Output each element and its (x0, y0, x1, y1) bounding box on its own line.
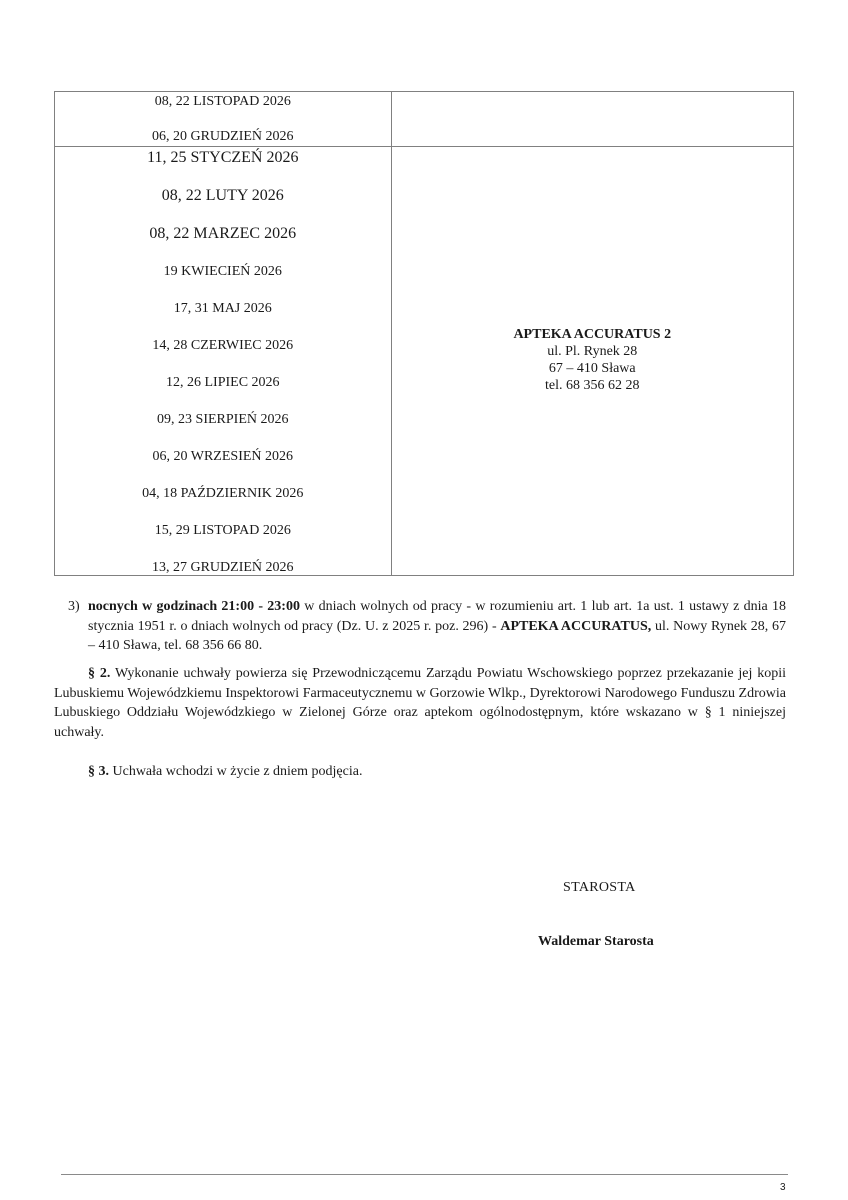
list-item-text: nocnych w godzinach 21:00 - 23:00 w dnia… (88, 597, 786, 656)
section-label: § 3. (88, 764, 109, 779)
pharmacy-street: ul. Pl. Rynek 28 (392, 343, 793, 360)
table-row: 11, 25 STYCZEŃ 2026 08, 22 LUTY 2026 08,… (55, 147, 794, 576)
section-text: Uchwała wchodzi w życie z dniem podjęcia… (109, 764, 362, 779)
bold-lead: nocnych w godzinach 21:00 - 23:00 (88, 599, 300, 614)
list-item-night-hours: 3) nocnych w godzinach 21:00 - 23:00 w d… (72, 597, 786, 656)
page-number: 3 (780, 1182, 786, 1193)
pharmacy-phone: tel. 68 356 62 28 (392, 377, 793, 394)
bold-pharmacy: APTEKA ACCURATUS, (500, 619, 651, 634)
pharmacy-city: 67 – 410 Sława (392, 360, 793, 377)
date-line: 08, 22 LISTOPAD 2026 (55, 94, 391, 110)
date-line: 11, 25 STYCZEŃ 2026 (55, 149, 391, 167)
date-line: 08, 22 LUTY 2026 (55, 187, 391, 205)
date-line: 17, 31 MAJ 2026 (55, 301, 391, 317)
signature-name: Waldemar Starosta (538, 934, 654, 950)
section-2-paragraph: § 2. Wykonanie uchwały powierza się Prze… (54, 664, 786, 742)
section-3-paragraph: § 3. Uchwała wchodzi w życie z dniem pod… (54, 762, 786, 782)
schedule-table: 08, 22 LISTOPAD 2026 06, 20 GRUDZIEŃ 202… (54, 91, 794, 576)
date-line: 08, 22 MARZEC 2026 (55, 225, 391, 243)
date-line: 06, 20 WRZESIEŃ 2026 (55, 449, 391, 465)
list-number: 3) (68, 597, 80, 617)
signature-title: STAROSTA (563, 880, 636, 896)
date-line: 19 KWIECIEŃ 2026 (55, 264, 391, 280)
section-label: § 2. (88, 666, 110, 681)
dates-cell: 11, 25 STYCZEŃ 2026 08, 22 LUTY 2026 08,… (55, 147, 392, 576)
pharmacy-info: APTEKA ACCURATUS 2 ul. Pl. Rynek 28 67 –… (392, 326, 793, 394)
table-row: 08, 22 LISTOPAD 2026 06, 20 GRUDZIEŃ 202… (55, 92, 794, 147)
pharmacy-cell: APTEKA ACCURATUS 2 ul. Pl. Rynek 28 67 –… (391, 147, 793, 576)
date-line: 13, 27 GRUDZIEŃ 2026 (55, 560, 391, 576)
date-line: 12, 26 LIPIEC 2026 (55, 375, 391, 391)
pharmacy-name: APTEKA ACCURATUS 2 (392, 326, 793, 343)
dates-cell: 08, 22 LISTOPAD 2026 06, 20 GRUDZIEŃ 202… (55, 92, 392, 147)
pharmacy-cell-empty (391, 92, 793, 147)
date-line: 04, 18 PAŹDZIERNIK 2026 (55, 486, 391, 502)
footer-divider (61, 1174, 788, 1175)
date-line: 14, 28 CZERWIEC 2026 (55, 338, 391, 354)
date-line: 06, 20 GRUDZIEŃ 2026 (55, 129, 391, 145)
document-page: 08, 22 LISTOPAD 2026 06, 20 GRUDZIEŃ 202… (0, 0, 848, 1200)
date-line: 15, 29 LISTOPAD 2026 (55, 523, 391, 539)
date-line: 09, 23 SIERPIEŃ 2026 (55, 412, 391, 428)
section-text: Wykonanie uchwały powierza się Przewodni… (54, 666, 786, 740)
